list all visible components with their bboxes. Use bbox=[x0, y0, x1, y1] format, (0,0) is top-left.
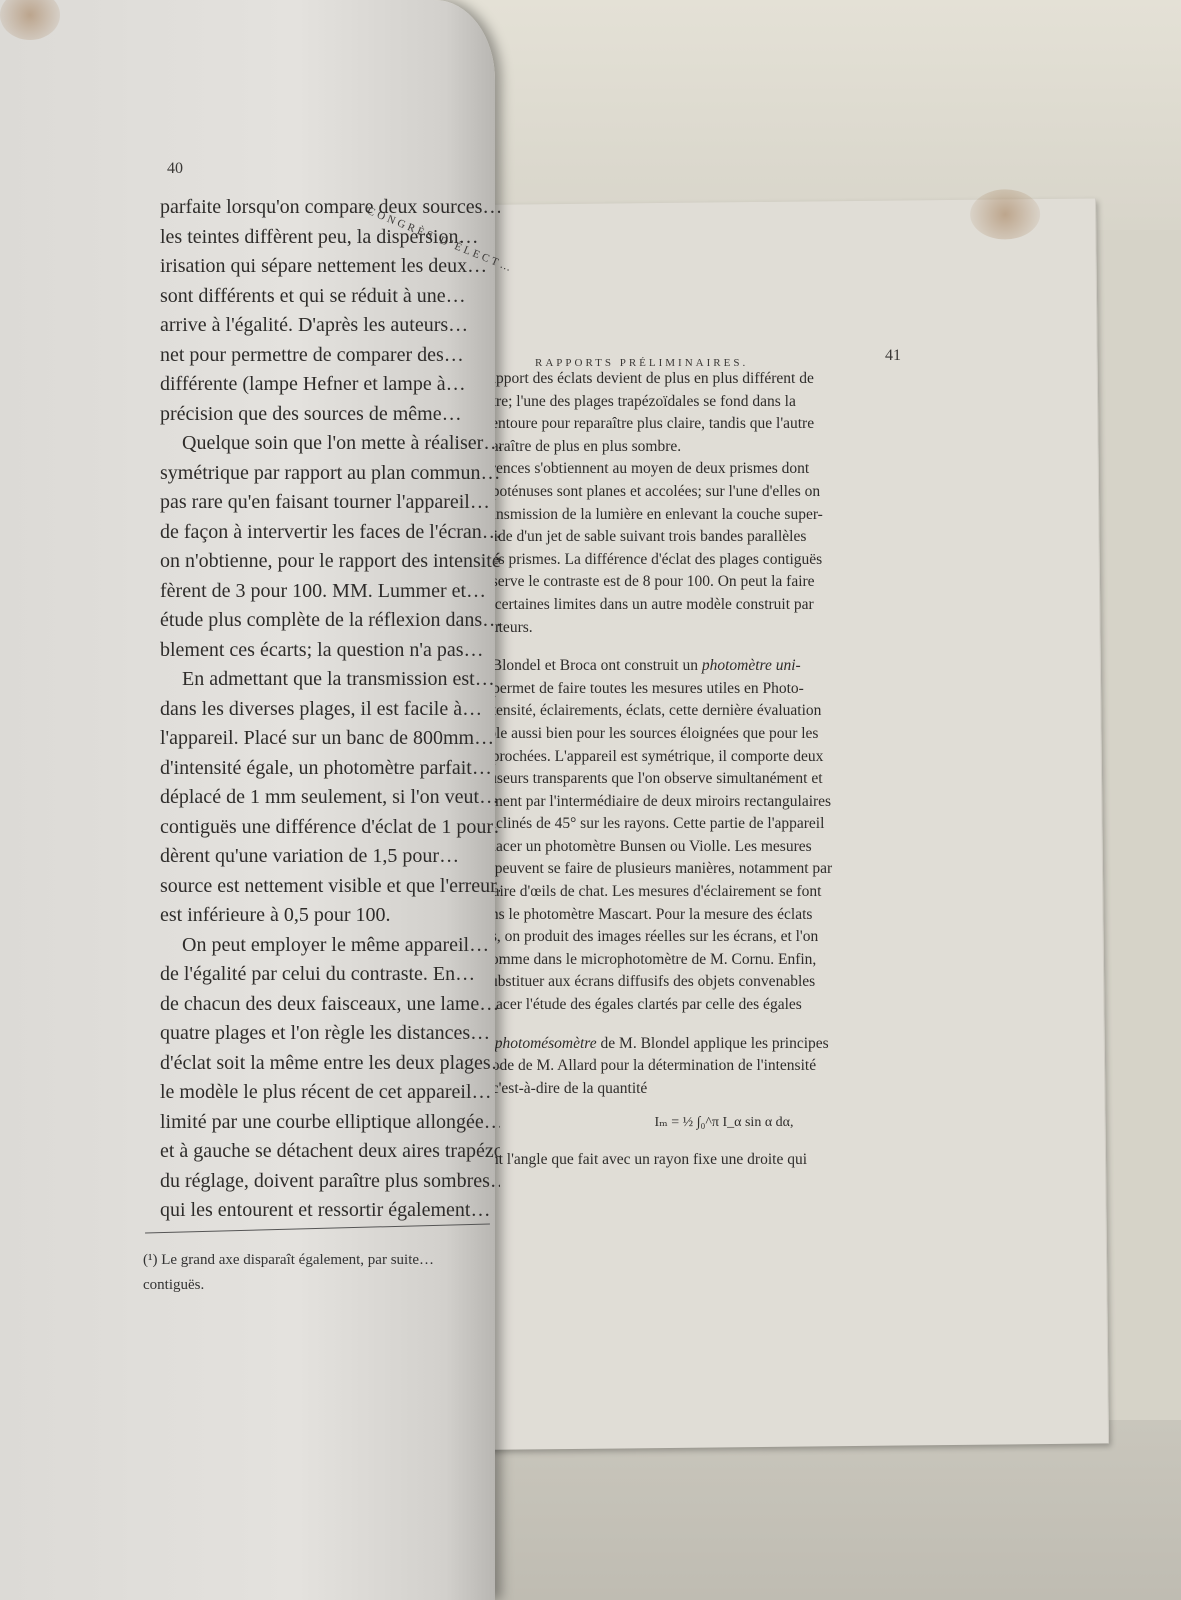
text-line: différente (lampe Hefner et lampe à… bbox=[160, 370, 500, 400]
text-line: auteurs. bbox=[484, 617, 924, 640]
text-line: on n'obtienne, pour le rapport des inten… bbox=[160, 547, 500, 577]
text-line: 'aide d'un jet de sable suivant trois ba… bbox=[484, 526, 924, 549]
text-line: dèrent qu'une variation de 1,5 pour… bbox=[160, 842, 500, 872]
text-line: qui les entourent et ressortir également… bbox=[160, 1196, 500, 1226]
text-line: symétrique par rapport au plan commun… bbox=[160, 459, 500, 489]
stain-mark bbox=[0, 0, 60, 40]
footnote-line: contiguës. bbox=[143, 1273, 493, 1298]
paragraph-2-first-line: . Blondel et Broca ont construit un phot… bbox=[484, 655, 924, 678]
paragraph-3: hode de M. Allard pour la détermination … bbox=[484, 1055, 924, 1100]
text-line: étude plus complète de la réflexion dans… bbox=[160, 606, 500, 636]
text-line: le modèle le plus récent de cet appareil… bbox=[160, 1078, 500, 1108]
text-line: quatre plages et l'on règle les distance… bbox=[160, 1019, 500, 1049]
text-line: dans les diverses plages, il est facile … bbox=[160, 695, 500, 725]
text-line: de l'égalité par celui du contraste. En… bbox=[160, 960, 500, 990]
text-line: En admettant que la transmission est… bbox=[160, 665, 500, 695]
text-line: est inférieure à 0,5 pour 100. bbox=[160, 901, 500, 931]
text-line: irisation qui sépare nettement les deux… bbox=[160, 252, 500, 282]
text-line: ransmission de la lumière en enlevant la… bbox=[484, 504, 924, 527]
text-line: é peuvent se faire de plusieurs manières… bbox=[484, 858, 924, 881]
stain-mark bbox=[970, 189, 1041, 240]
text-line: On peut employer le même appareil… bbox=[160, 931, 500, 961]
text-line: ntensité, éclairements, éclats, cette de… bbox=[484, 700, 924, 723]
text-run: . Blondel et Broca ont construit un bbox=[484, 657, 702, 674]
text-line: utre; l'une des plages trapézoïdales se … bbox=[484, 391, 924, 414]
text-line: , c'est-à-dire de la quantité bbox=[484, 1078, 924, 1101]
text-line: substituer aux écrans diffusifs des obje… bbox=[484, 971, 924, 994]
text-line: arrive à l'égalité. D'après les auteurs… bbox=[160, 311, 500, 341]
text-line: ans le photomètre Mascart. Pour la mesur… bbox=[484, 904, 924, 927]
paragraph-4: ant l'angle que fait avec un rayon fixe … bbox=[484, 1149, 924, 1172]
text-line: source est nettement visible et que l'er… bbox=[160, 872, 500, 902]
paragraph-2: i permet de faire toutes les mesures uti… bbox=[484, 678, 924, 1017]
right-page-body: rapport des éclats devient de plus en pl… bbox=[484, 368, 924, 1172]
italic-term: photomètre uni- bbox=[702, 657, 801, 674]
text-line: du réglage, doivent paraître plus sombre… bbox=[160, 1167, 500, 1197]
text-line: l'appareil. Placé sur un banc de 800mm… bbox=[160, 724, 500, 754]
text-line: ypoténuses sont planes et accolées; sur … bbox=[484, 481, 924, 504]
text-line: blement ces écarts; la question n'a pas… bbox=[160, 636, 500, 666]
text-line: pas rare qu'en faisant tourner l'apparei… bbox=[160, 488, 500, 518]
text-line: et à gauche se détachent deux aires trap… bbox=[160, 1137, 500, 1167]
right-page-number: 41 bbox=[885, 347, 901, 365]
paragraph-3-first-line: e photomésomètre de M. Blondel applique … bbox=[484, 1033, 924, 1056]
text-line: d'intensité égale, un photomètre parfait… bbox=[160, 754, 500, 784]
paragraph-1: rapport des éclats devient de plus en pl… bbox=[484, 368, 924, 639]
text-line: contiguës une différence d'éclat de 1 po… bbox=[160, 813, 500, 843]
text-line: parfaite lorsqu'on compare deux sources… bbox=[160, 193, 500, 223]
text-line: es, on produit des images réelles sur le… bbox=[484, 926, 924, 949]
text-line: fèrent de 3 pour 100. MM. Lummer et… bbox=[160, 577, 500, 607]
footnote: (¹) Le grand axe disparaît également, pa… bbox=[143, 1248, 493, 1298]
text-line: placer un photomètre Bunsen ou Violle. L… bbox=[484, 836, 924, 859]
text-line: d'éclat soit la même entre les deux plag… bbox=[160, 1049, 500, 1079]
text-line: paraître de plus en plus sombre. bbox=[484, 436, 924, 459]
text-run: de M. Blondel applique les principes bbox=[597, 1035, 829, 1052]
text-line: arences s'obtiennent au moyen de deux pr… bbox=[484, 458, 924, 481]
text-line: placer l'étude des égales clartés par ce… bbox=[484, 994, 924, 1017]
text-line: inclinés de 45° sur les rayons. Cette pa… bbox=[484, 813, 924, 836]
text-line: fuseurs transparents que l'on observe si… bbox=[484, 768, 924, 791]
text-line: de façon à intervertir les faces de l'éc… bbox=[160, 518, 500, 548]
text-line: ement par l'intermédiaire de deux miroir… bbox=[484, 791, 924, 814]
text-line: pprochées. L'appareil est symétrique, il… bbox=[484, 746, 924, 769]
text-line: rapport des éclats devient de plus en pl… bbox=[484, 368, 924, 391]
text-line: ant l'angle que fait avec un rayon fixe … bbox=[484, 1149, 924, 1172]
text-line: liaire d'œils de chat. Les mesures d'écl… bbox=[484, 881, 924, 904]
text-line: l'entoure pour reparaître plus claire, t… bbox=[484, 413, 924, 436]
text-line: des prismes. La différence d'éclat des p… bbox=[484, 549, 924, 572]
text-line: sont différents et qui se réduit à une… bbox=[160, 282, 500, 312]
text-line: hode de M. Allard pour la détermination … bbox=[484, 1055, 924, 1078]
italic-term: photomésomètre bbox=[495, 1035, 597, 1052]
text-line: ible aussi bien pour les sources éloigné… bbox=[484, 723, 924, 746]
integral-formula: Iₘ = ½ ∫₀^π I_α sin α dα, bbox=[484, 1112, 924, 1135]
text-line: limité par une courbe elliptique allongé… bbox=[160, 1108, 500, 1138]
text-line: net pour permettre de comparer des… bbox=[160, 341, 500, 371]
left-page-body: parfaite lorsqu'on compare deux sources…… bbox=[160, 193, 500, 1226]
text-line: Quelque soin que l'on mette à réaliser… bbox=[160, 429, 500, 459]
footnote-line: (¹) Le grand axe disparaît également, pa… bbox=[143, 1248, 493, 1273]
text-line: comme dans le microphotomètre de M. Corn… bbox=[484, 949, 924, 972]
left-page-number: 40 bbox=[167, 160, 183, 178]
text-line: les teintes diffèrent peu, la dispersion… bbox=[160, 223, 500, 253]
text-line: de chacun des deux faisceaux, une lame… bbox=[160, 990, 500, 1020]
text-line: e certaines limites dans un autre modèle… bbox=[484, 594, 924, 617]
text-line: i permet de faire toutes les mesures uti… bbox=[484, 678, 924, 701]
text-line: déplacé de 1 mm seulement, si l'on veut… bbox=[160, 783, 500, 813]
text-line: précision que des sources de même… bbox=[160, 400, 500, 430]
text-line: bserve le contraste est de 8 pour 100. O… bbox=[484, 571, 924, 594]
